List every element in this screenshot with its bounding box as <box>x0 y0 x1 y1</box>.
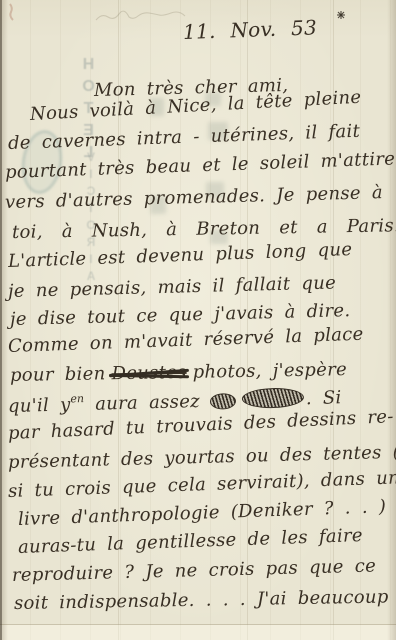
handwritten-line: pourtant très beau et le soleil m'attire <box>5 148 396 183</box>
line-text: . Si <box>306 387 342 409</box>
pencil-annotation <box>94 6 189 28</box>
scribble-blob <box>210 393 236 410</box>
handwritten-line: présentant des yourtas ou des tentes (et <box>8 441 396 473</box>
scan-edge-right-shadow <box>387 0 396 640</box>
handwritten-line: je ne pensais, mais il fallait que <box>8 272 337 302</box>
handwritten-line: auras-tu la gentillesse de les faire <box>18 525 364 558</box>
line-text: pour bien <box>10 363 106 386</box>
handwritten-line: reproduire ? Je ne crois pas que ce <box>12 555 377 586</box>
line-text: aura assez <box>95 391 200 415</box>
date-line: 11. Nov. 53 <box>183 15 318 44</box>
scan-edge-left-shadow <box>2 0 8 640</box>
inserted-superscript: en <box>70 392 84 405</box>
handwritten-line: livre d'anthropologie (Deniker ? . . ) <box>18 496 387 530</box>
handwritten-line: de cavernes intra - utérines, il fait <box>8 121 361 154</box>
paper-bottom-edge <box>0 624 396 640</box>
line-text: qu'il y <box>8 394 71 417</box>
letter-scan-page: HOTEL VICTORIA 11. Nov. 53 Mon très cher… <box>0 0 396 640</box>
scribbled-out-word: Deustes <box>111 362 186 384</box>
handwritten-line-with-deletion: pour bienDeustesphotos, j'espère <box>10 359 347 386</box>
line-text: photos, j'espère <box>192 359 347 383</box>
handwritten-line: vers d'autres promenades. Je pense à <box>5 182 383 213</box>
scribble-blob <box>242 387 305 409</box>
handwritten-line: si tu crois que cela servirait), dans un <box>8 467 396 502</box>
ink-asterisk-mark <box>336 10 346 20</box>
handwritten-line: L'article est devenu plus long que <box>8 239 353 272</box>
